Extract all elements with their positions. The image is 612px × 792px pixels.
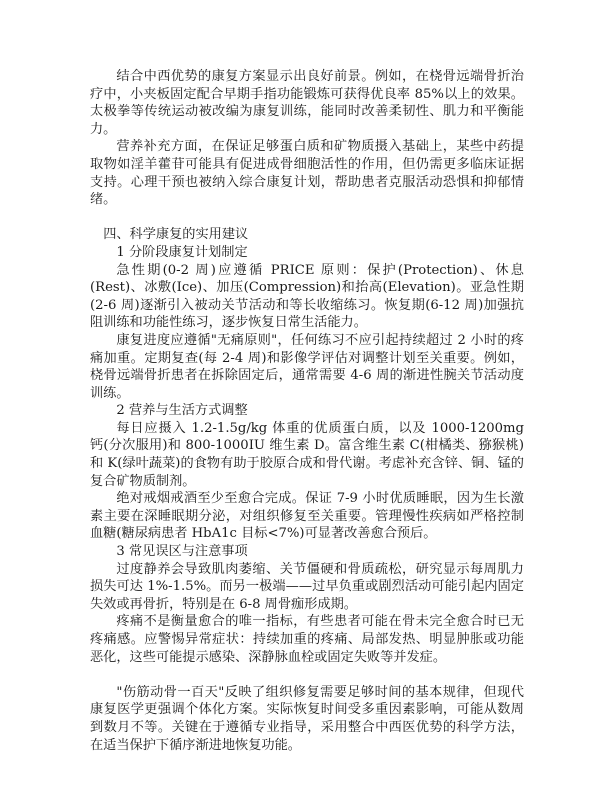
paragraph: 疼痛不是衡量愈合的唯一指标，有些患者可能在骨未完全愈合时已无疼痛感。应警惕异常症…: [90, 613, 524, 666]
section-heading: 四、科学康复的实用建议: [90, 226, 524, 244]
subsection-heading: 3 常见误区与注意事项: [90, 543, 524, 561]
spacer: [90, 666, 524, 684]
paragraph: 急性期(0-2 周)应遵循 PRICE 原则：保护(Protection)、休息…: [90, 262, 524, 332]
paragraph: 营养补充方面，在保证足够蛋白质和矿物质摄入基础上，某些中药提取物如淫羊藿苷可能具…: [90, 138, 524, 208]
paragraph: 绝对戒烟戒酒至少至愈合完成。保证 7-9 小时优质睡眠，因为生长激素主要在深睡眠…: [90, 490, 524, 543]
subsection-heading: 1 分阶段康复计划制定: [90, 244, 524, 262]
paragraph: 过度静养会导致肌肉萎缩、关节僵硬和骨质疏松，研究显示每周肌力损失可达 1%-1.…: [90, 561, 524, 614]
paragraph: 每日应摄入 1.2-1.5g/kg 体重的优质蛋白质，以及 1000-1200m…: [90, 420, 524, 490]
document-page: 结合中西优势的康复方案显示出良好前景。例如，在桡骨远端骨折治疗中，小夹板固定配合…: [90, 68, 524, 754]
subsection-heading: 2 营养与生活方式调整: [90, 402, 524, 420]
spacer: [90, 209, 524, 227]
paragraph: 康复进度应遵循"无痛原则"，任何练习不应引起持续超过 2 小时的疼痛加重。定期复…: [90, 332, 524, 402]
conclusion-paragraph: "伤筋动骨一百天"反映了组织修复需要足够时间的基本规律，但现代康复医学更强调个体…: [90, 684, 524, 754]
paragraph: 结合中西优势的康复方案显示出良好前景。例如，在桡骨远端骨折治疗中，小夹板固定配合…: [90, 68, 524, 138]
